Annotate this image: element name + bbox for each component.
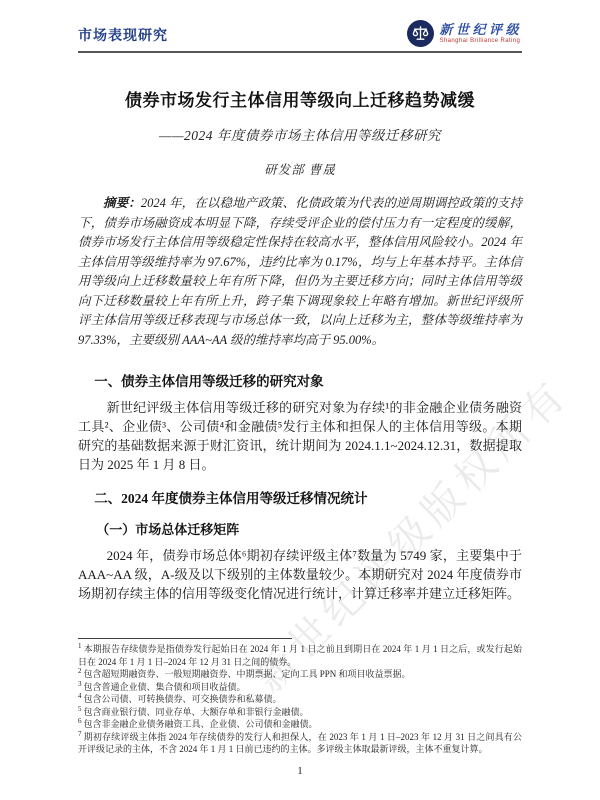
section-1-paragraph: 新世纪评级主体信用等级迁移的研究对象为存续¹的非金融企业债务融资工具²、企业债³…: [78, 398, 522, 474]
footnote-separator: [78, 638, 292, 639]
report-page: 新世纪评级版权所有 市场表现研究: [0, 0, 600, 800]
section-2-1-subheading: （一）市场总体迁移矩阵: [78, 519, 522, 538]
footnote-marker: 7: [78, 730, 82, 738]
footnote-text: 包含超短期融资券、一般短期融资券、中期票据、定向工具 PPN 和项目收益票据。: [84, 669, 411, 679]
footnote-item: 1本期报告存续债券是指债券发行起始日在 2024 年 1 月 1 日之前且到期日…: [78, 643, 522, 668]
company-logo: 新世纪评级 Shanghai Brilliance Rating: [407, 20, 522, 47]
footnote-text: 本期报告存续债券是指债券发行起始日在 2024 年 1 月 1 日之前且到期日在…: [78, 644, 522, 667]
abstract-paragraph: 摘要：2024 年，在以稳地产政策、化债政策为代表的逆周期调控政策的支持下，债券…: [78, 194, 522, 350]
footnotes: 1本期报告存续债券是指债券发行起始日在 2024 年 1 月 1 日之前且到期日…: [78, 643, 522, 756]
company-name-cn: 新世纪评级: [439, 23, 522, 37]
report-subtitle: ——2024 年度债券市场主体信用等级迁移研究: [78, 124, 522, 144]
page-content: 市场表现研究 新世纪评级 Shanghai B: [0, 0, 600, 756]
section-2-paragraph: 2024 年，债券市场总体⁶期初存续评级主体⁷数量为 5749 家，主要集中于 …: [78, 546, 522, 603]
footnote-marker: 2: [78, 667, 82, 675]
abstract-text: 2024 年，在以稳地产政策、化债政策为代表的逆周期调控政策的支持下，债券市场融…: [78, 196, 522, 347]
footnote-marker: 1: [78, 642, 82, 650]
footnote-item: 6包含非金融企业债务融资工具、企业债、公司债和金融债。: [78, 718, 522, 731]
company-name-en: Shanghai Brilliance Rating: [439, 38, 522, 45]
abstract-label: 摘要：: [103, 196, 141, 210]
footnote-item: 2包含超短期融资券、一般短期融资券、中期票据、定向工具 PPN 和项目收益票据。: [78, 668, 522, 681]
footnote-marker: 5: [78, 705, 82, 713]
report-header: 市场表现研究 新世纪评级 Shanghai B: [78, 0, 522, 53]
report-title: 债券市场发行主体信用等级向上迁移趋势减缓: [78, 86, 522, 111]
footnote-marker: 4: [78, 692, 82, 700]
company-logo-text: 新世纪评级 Shanghai Brilliance Rating: [439, 23, 522, 45]
footnote-item: 5包含商业银行债、同业存单、大额存单和非银行金融债。: [78, 706, 522, 719]
report-series-label: 市场表现研究: [78, 25, 168, 47]
report-byline: 研发部 曹晟: [78, 160, 522, 178]
footnote-marker: 3: [78, 680, 82, 688]
footnote-text: 包含商业银行债、同业存单、大额存单和非银行金融债。: [84, 707, 309, 717]
company-logo-emblem-icon: [407, 20, 434, 47]
section-2-heading: 二、2024 年度债券主体信用等级迁移情况统计: [78, 487, 522, 507]
footnote-item: 4包含公司债、可转换债券、可交换债券和私募债。: [78, 693, 522, 706]
page-number: 1: [0, 765, 600, 777]
footnote-text: 包含普通企业债、集合债和项目收益债。: [84, 682, 246, 692]
section-1-heading: 一、债券主体信用等级迁移的研究对象: [78, 370, 522, 390]
footnote-item: 3包含普通企业债、集合债和项目收益债。: [78, 681, 522, 694]
footnote-text: 期初存续评级主体指 2024 年存续债券的发行人和担保人，在 2023 年 1 …: [78, 732, 522, 755]
footnote-text: 包含非金融企业债务融资工具、企业债、公司债和金融债。: [84, 719, 318, 729]
footnote-text: 包含公司债、可转换债券、可交换债券和私募债。: [84, 694, 282, 704]
footnote-marker: 6: [78, 717, 82, 725]
footnote-item: 7期初存续评级主体指 2024 年存续债券的发行人和担保人，在 2023 年 1…: [78, 731, 522, 756]
